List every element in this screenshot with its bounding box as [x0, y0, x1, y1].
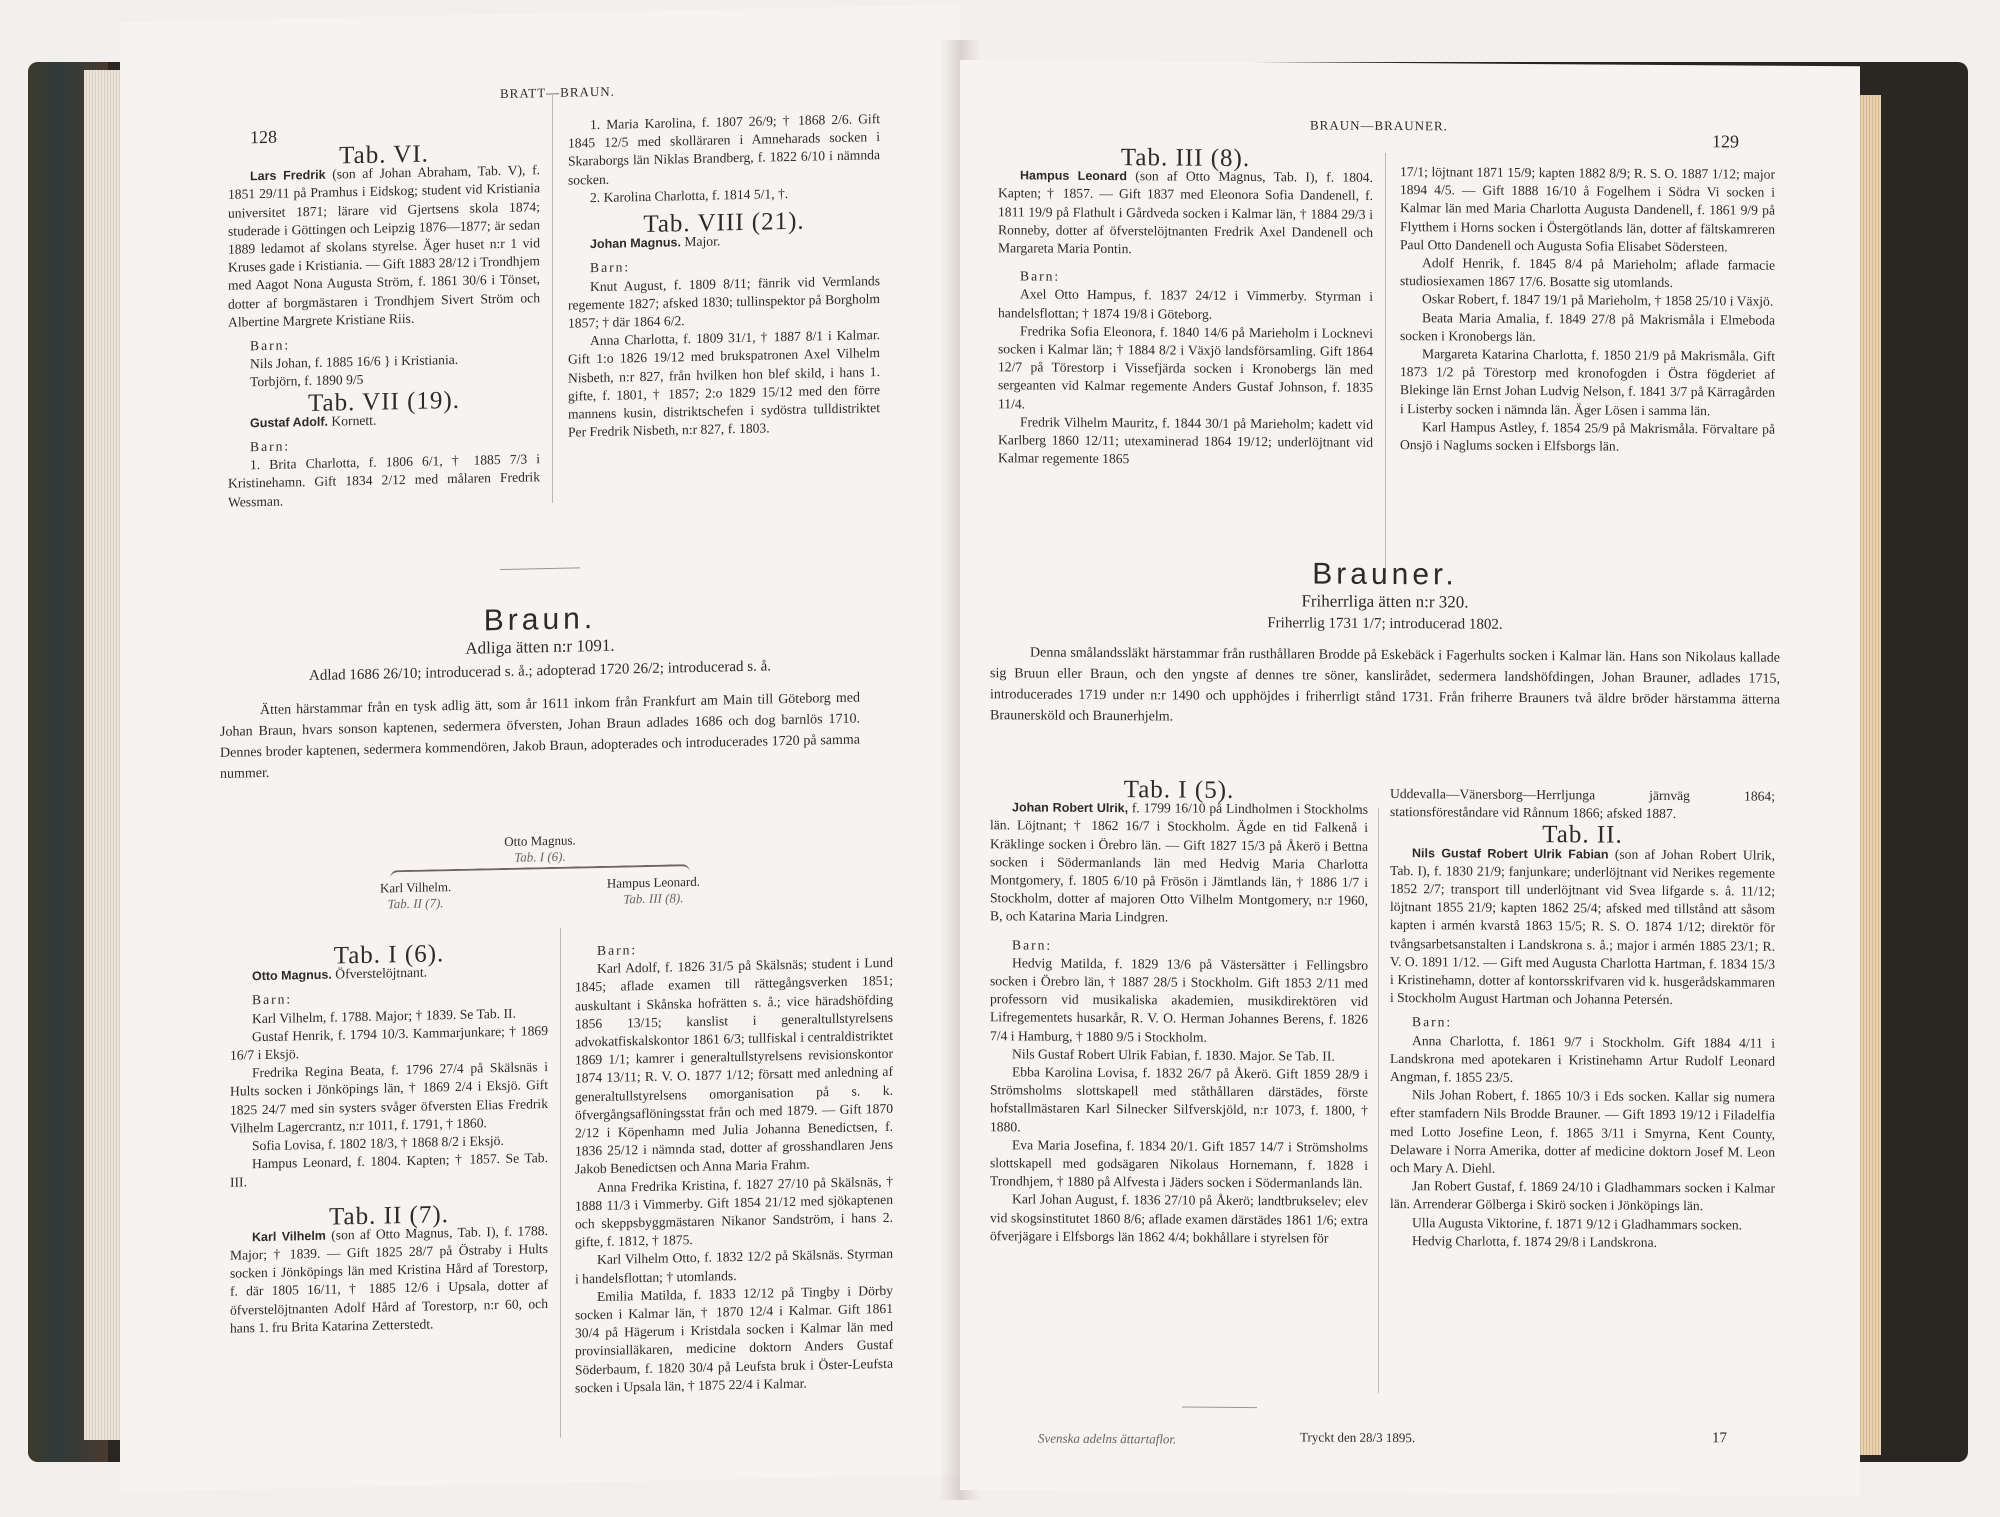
child-entry: Jan Robert Gustaf, f. 1869 24/10 i Gladh… [1390, 1177, 1775, 1216]
child-entry: Fredrik Vilhelm Mauritz, f. 1844 30/1 på… [998, 413, 1373, 470]
column-2: 1. Maria Karolina, f. 1807 26/9; † 1868 … [568, 110, 880, 442]
child-entry: Fredrika Regina Beata, f. 1796 27/4 på S… [230, 1058, 548, 1137]
child-entry: 1. Maria Karolina, f. 1807 26/9; † 1868 … [568, 110, 880, 189]
child-entry: Hedvig Charlotta, f. 1874 29/8 i Landskr… [1390, 1232, 1775, 1253]
column-4: Barn: Karl Adolf, f. 1826 31/5 på Skälsn… [575, 936, 893, 1398]
family-tree: Otto Magnus. Tab. I (6). Karl Vilhelm.Ta… [380, 830, 700, 913]
family-intro: Ätten härstammar från en tysk adlig ätt,… [220, 687, 860, 784]
right-page: BRAUN—BRAUNER. 129 Tab. III (8). Hampus … [960, 60, 1860, 1496]
person-name: Karl Vilhelm [252, 1229, 326, 1245]
child-entry: Adolf Henrik, f. 1845 8/4 på Marieholm; … [1400, 254, 1775, 293]
child-entry: Emilia Matilda, f. 1833 12/12 på Tingby … [575, 1282, 893, 1398]
person-name: Lars Fredrik [250, 168, 326, 184]
column-rule [1378, 808, 1379, 1393]
person-name: Johan Robert Ulrik, [1012, 801, 1128, 816]
person-name: Nils Gustaf Robert Ulrik Fabian [1412, 846, 1609, 861]
child-entry: Hampus Leonard, f. 1804. Kapten; † 1857.… [230, 1149, 548, 1192]
left-page: BRATT—BRAUN. 128 Tab. VI. Lars Fredrik (… [120, 4, 960, 1492]
child-entry: Fredrika Sofia Eleonora, f. 1840 14/6 på… [998, 322, 1373, 416]
page-number: 128 [250, 127, 277, 149]
family-dates: Friherrlig 1731 1/7; introducerad 1802. [990, 613, 1780, 636]
page-number: 129 [1712, 131, 1739, 152]
child-entry: Hedvig Matilda, f. 1829 13/6 på Västersä… [990, 954, 1368, 1048]
brauner-section: Brauner. Friherrliga ätten n:r 320. Frih… [990, 555, 1780, 732]
running-head: BRAUN—BRAUNER. [1310, 117, 1448, 134]
section-divider [500, 567, 580, 570]
person-name: Gustaf Adolf. [250, 414, 328, 430]
footer-printed: Tryckt den 28/3 1895. [1300, 1429, 1415, 1446]
family-title: Brauner. [990, 555, 1780, 595]
child-entry: Axel Otto Hampus, f. 1837 24/12 i Vimmer… [998, 286, 1373, 325]
continued-text: Uddevalla—Vänersborg—Herrljunga järnväg … [1390, 785, 1775, 824]
person-name: Otto Magnus. [252, 968, 332, 984]
child-entry: 1. Brita Charlotta, f. 1806 6/1, † 1885 … [228, 450, 540, 511]
running-head: BRATT—BRAUN. [500, 84, 615, 102]
child-entry: Anna Fredrika Kristina, f. 1827 27/10 på… [575, 1172, 893, 1251]
family-intro: Denna smålandssläkt härstammar från rust… [990, 642, 1780, 732]
child-entry: Karl Hampus Astley, f. 1854 25/9 på Makr… [1400, 418, 1775, 457]
child-entry: Karl Johan August, f. 1836 27/10 på Åker… [990, 1191, 1368, 1248]
column-3: Tab. I (6). Otto Magnus. Öfverstelöjtnan… [230, 943, 548, 1338]
family-subtitle: Friherrliga ätten n:r 320. [990, 589, 1780, 615]
child-entry: Beata Maria Amalia, f. 1849 27/8 på Makr… [1400, 309, 1775, 348]
child-entry: Knut August, f. 1809 8/11; fänrik vid Ve… [568, 272, 880, 333]
child-entry: Eva Maria Josefina, f. 1834 20/1. Gift 1… [990, 1136, 1368, 1193]
child-entry: Nils Johan Robert, f. 1865 10/3 i Eds so… [1390, 1086, 1775, 1180]
column-rule [1385, 153, 1386, 573]
person-name: Hampus Leonard [1020, 169, 1127, 184]
column-1: Tab. III (8). Hampus Leonard (son af Ott… [998, 148, 1373, 470]
child-entry: Anna Charlotta, f. 1809 31/1, † 1887 8/1… [568, 326, 880, 442]
braun-section: Braun. Adliga ätten n:r 1091. Adlad 1686… [220, 596, 860, 784]
column-rule [560, 928, 561, 1438]
child-entry: Oskar Robert, f. 1847 19/1 på Marieholm,… [1400, 290, 1775, 311]
column-4: Uddevalla—Vänersborg—Herrljunga järnväg … [1390, 785, 1775, 1253]
signature-number: 17 [1712, 1430, 1727, 1447]
footer-series: Svenska adelns ättartaflor. [1038, 1431, 1176, 1448]
person-name: Johan Magnus. [590, 235, 681, 251]
footer-divider [1182, 1407, 1257, 1409]
child-entry: Karl Adolf, f. 1826 31/5 på Skälsnäs; st… [575, 954, 893, 1179]
column-3: Tab. I (5). Johan Robert Ulrik, f. 1799 … [990, 780, 1368, 1248]
continued-text: 17/1; löjtnant 1871 15/9; kapten 1882 8/… [1400, 163, 1775, 257]
child-entry: Anna Charlotta, f. 1861 9/7 i Stockholm.… [1390, 1032, 1775, 1089]
child-entry: Ebba Karolina Lovisa, f. 1832 26/7 på Åk… [990, 1063, 1368, 1138]
column-rule [552, 93, 553, 503]
column-1: Tab. VI. Lars Fredrik (son af Johan Abra… [228, 143, 540, 511]
column-2: 17/1; löjtnant 1871 15/9; kapten 1882 8/… [1400, 163, 1775, 457]
child-entry: Margareta Katarina Charlotta, f. 1850 21… [1400, 345, 1775, 420]
